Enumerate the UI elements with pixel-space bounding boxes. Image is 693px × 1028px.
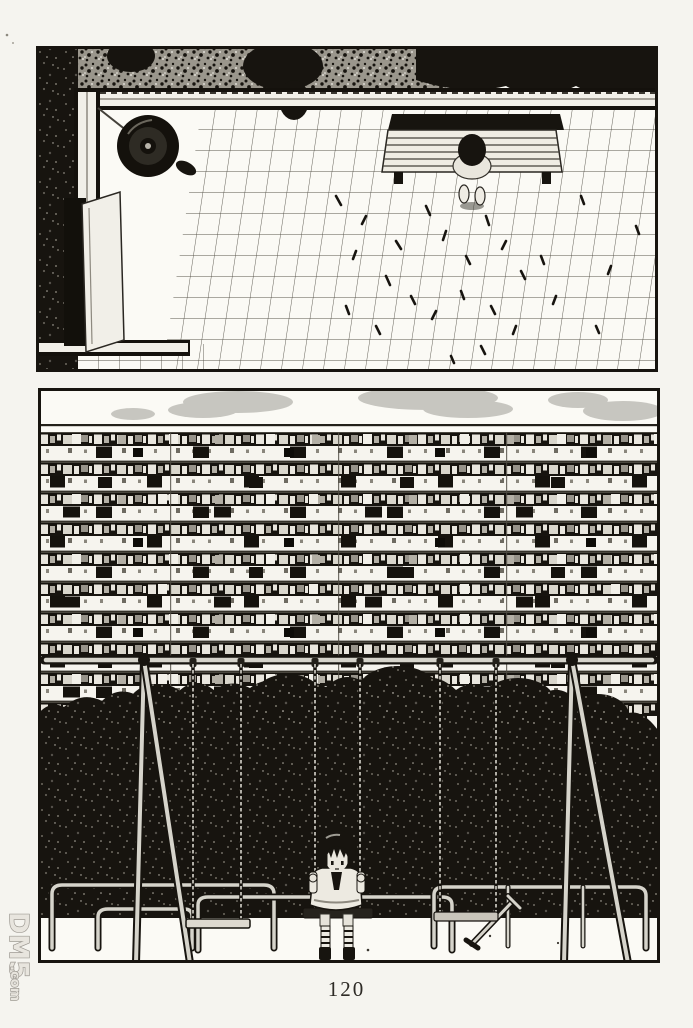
swing-seat-empty (186, 919, 250, 928)
panel-rooftop-overhead (36, 46, 658, 372)
swing-seat-far (434, 912, 498, 921)
page-number: 120 (0, 977, 693, 1002)
building-roofline (38, 424, 660, 426)
girl-boots (319, 947, 331, 960)
site-watermark: DM5 .com (2, 908, 42, 1026)
roof-door (64, 192, 124, 352)
manga-page: DM5 .com 120 (0, 0, 693, 1028)
girl-eyes (331, 861, 334, 865)
girl-legs (320, 914, 330, 926)
panel-housing-block-swings (38, 388, 660, 963)
scan-specks (4, 30, 20, 48)
